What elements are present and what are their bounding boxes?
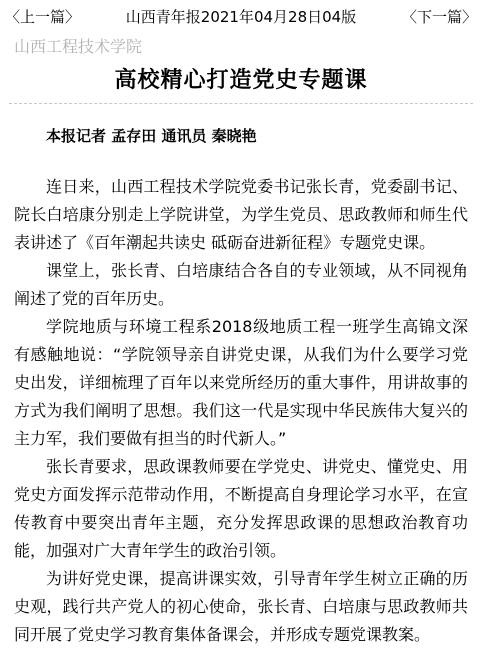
article-paragraph: 学院地质与环境工程系2018级地质工程一班学生高锦文深有感触地说：“学院领导亲自… [14, 313, 468, 453]
article-body: 连日来，山西工程技术学院党委书记张长青，党委副书记、院长白培康分别走上学院讲堂，… [14, 173, 468, 649]
article-paragraph: 张长青要求，思政课教师要在学党史、讲党史、懂党史、用党史方面发挥示范带动作用，不… [14, 453, 468, 565]
article-paragraph: 课堂上，张长青、白培康结合各自的专业领域，从不同视角阐述了党的百年历史。 [14, 257, 468, 313]
title-divider [9, 103, 473, 104]
article-paragraph: 连日来，山西工程技术学院党委书记张长青，党委副书记、院长白培康分别走上学院讲堂，… [14, 173, 468, 257]
article-page: 〈上一篇〉 山西青年报2021年04月28日04版 〈下一篇〉 山西工程技术学院… [0, 0, 482, 651]
article-title: 高校精心打造党史专题课 [0, 67, 482, 95]
article-nav-bar: 〈上一篇〉 山西青年报2021年04月28日04版 〈下一篇〉 [0, 0, 482, 28]
masthead-date: 山西青年报2021年04月28日04版 [126, 7, 356, 28]
article-source: 山西工程技术学院 [14, 37, 482, 57]
prev-article-link[interactable]: 〈上一篇〉 [5, 7, 80, 28]
next-article-link[interactable]: 〈下一篇〉 [402, 7, 477, 28]
article-paragraph: 为讲好党史课，提高讲课实效，引导青年学生树立正确的历史观，践行共产党人的初心使命… [14, 565, 468, 649]
article-byline: 本报记者 孟存田 通讯员 秦晓艳 [46, 126, 468, 147]
